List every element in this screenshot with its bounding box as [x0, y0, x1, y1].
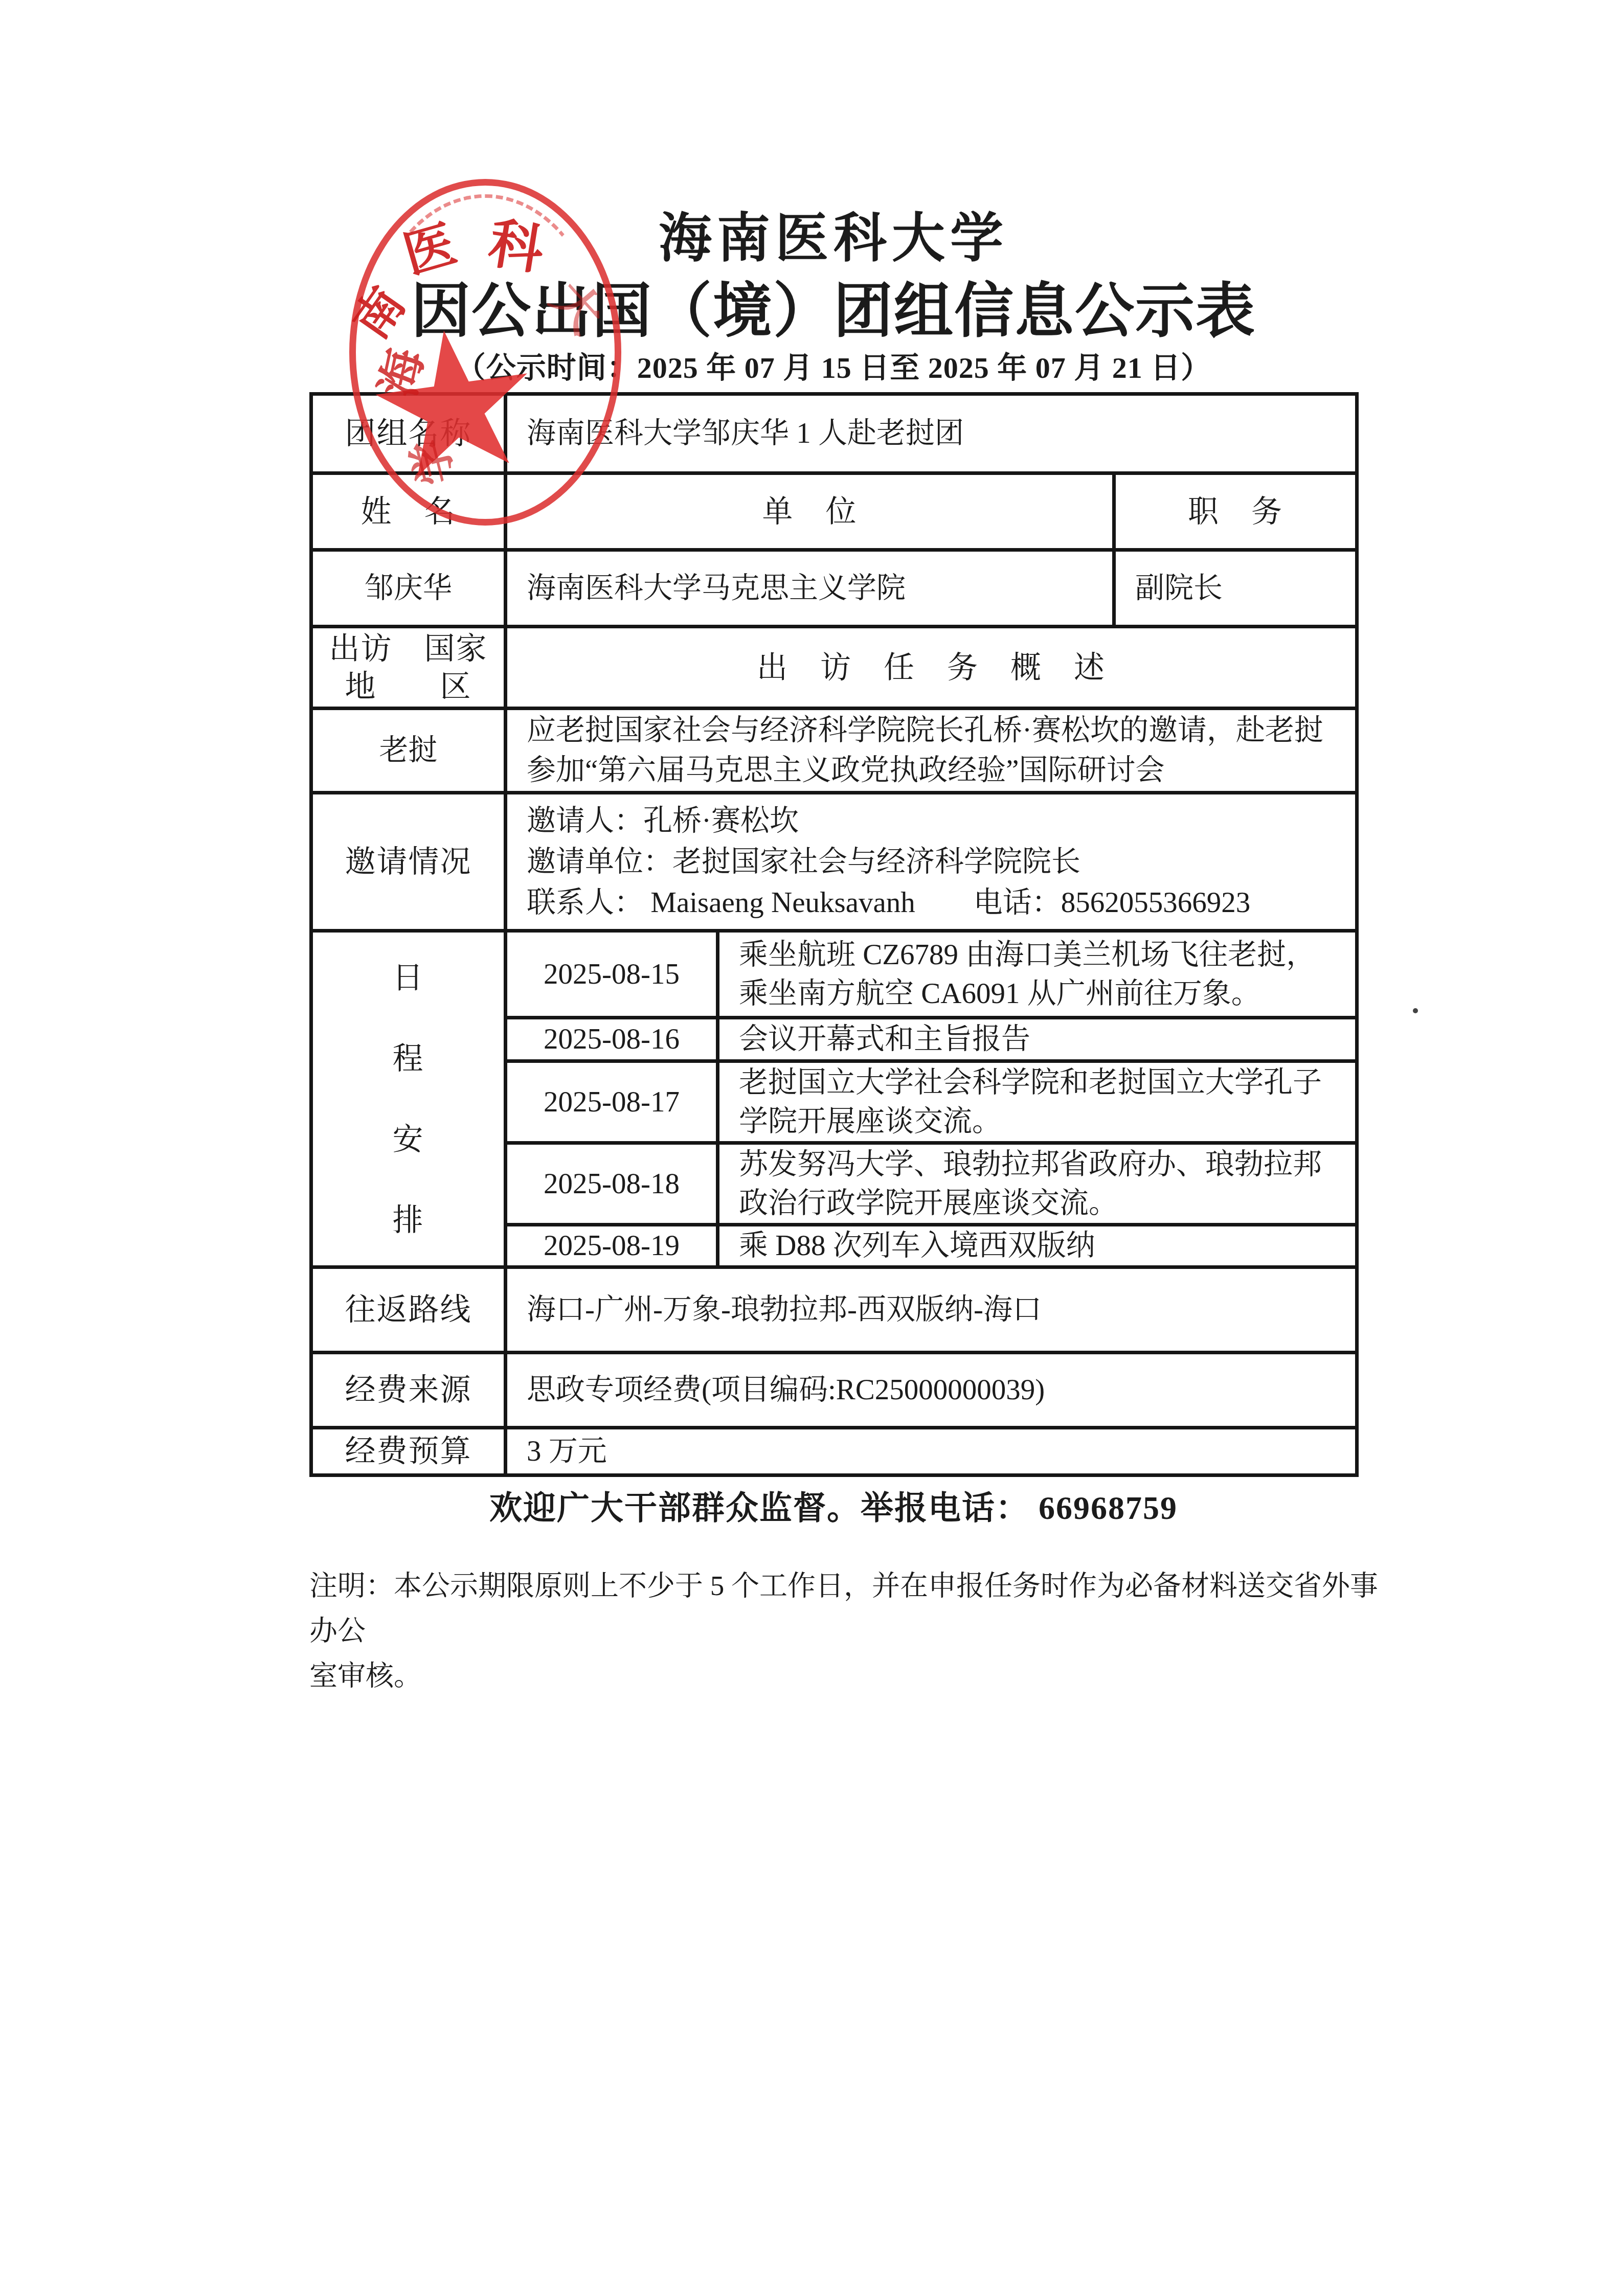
destination-label: 出访 国家 地 区: [313, 628, 504, 707]
member-unit: 海南医科大学马克思主义学院: [507, 552, 1112, 625]
invitation-details: 邀请人：孔桥·赛松坎 邀请单位：老挝国家社会与经济科学院院长 联系人： Mais…: [507, 794, 1355, 929]
budget-label: 经费预算: [313, 1429, 504, 1473]
budget-value: 3 万元: [507, 1429, 1355, 1473]
invite-person: 邀请人：孔桥·赛松坎: [527, 801, 1250, 842]
schedule-desc: 苏发努冯大学、琅勃拉邦省政府办、琅勃拉邦政治行政学院开展座谈交流。: [719, 1145, 1355, 1223]
schedule-desc: 会议开幕式和主旨报告: [719, 1019, 1355, 1059]
route-value: 海口-广州-万象-琅勃拉邦-西双版纳-海口: [507, 1269, 1355, 1351]
note-block: 注明：本公示期限原则上不少于 5 个工作日，并在申报任务时作为必备材料送交省外事…: [309, 1563, 1388, 1698]
task-header: 出 访 任 务 概 述: [507, 628, 1355, 707]
task-value: 应老挝国家社会与经济科学院院长孔桥·赛松坎的邀请，赴老挝参加“第六届马克思主义政…: [507, 710, 1355, 791]
page-subtitle: 因公出国（境）团组信息公示表: [286, 263, 1381, 349]
group-name-value: 海南医科大学邹庆华 1 人赴老挝团: [507, 396, 1355, 471]
note-line: 注明：本公示期限原则上不少于 5 个工作日，并在申报任务时作为必备材料送交省外事…: [309, 1563, 1388, 1653]
schedule-date: 2025-08-19: [507, 1226, 716, 1265]
schedule-date: 2025-08-15: [507, 933, 716, 1016]
header-name: 姓 名: [313, 475, 504, 548]
route-label: 往返路线: [313, 1269, 504, 1351]
invitation-label: 邀请情况: [313, 794, 504, 929]
schedule-desc: 乘 D88 次列车入境西双版纳: [719, 1226, 1355, 1265]
destination-value: 老挝: [313, 710, 504, 791]
member-name: 邹庆华: [313, 552, 504, 625]
ink-dot: [1413, 1008, 1418, 1013]
publicity-period: （公示时间：2025 年 07 月 15 日至 2025 年 07 月 21 日…: [286, 344, 1381, 387]
invite-org: 邀请单位：老挝国家社会与经济科学院院长: [527, 842, 1250, 882]
schedule-desc: 乘坐航班 CZ6789 由海口美兰机场飞往老挝，乘坐南方航空 CA6091 从广…: [719, 933, 1355, 1016]
schedule-date: 2025-08-16: [507, 1019, 716, 1059]
schedule-date: 2025-08-18: [507, 1145, 716, 1223]
group-name-label: 团组名称: [313, 396, 504, 471]
schedule-label: 日 程 安 排: [313, 933, 504, 1265]
supervision-line: 欢迎广大干部群众监督。举报电话： 66968759: [286, 1482, 1381, 1529]
fund-source-value: 思政专项经费(项目编码:RC25000000039): [507, 1354, 1355, 1426]
fund-source-label: 经费来源: [313, 1354, 504, 1426]
document-page: 海南医科大学 因公出国（境）团组信息公示表 （公示时间：2025 年 07 月 …: [0, 0, 1622, 2296]
header-duty: 职 务: [1116, 475, 1355, 548]
invite-contact: 联系人： Maisaeng Neuksavanh 电话：856205536692…: [527, 882, 1250, 923]
schedule-desc: 老挝国立大学社会科学院和老挝国立大学孔子学院开展座谈交流。: [719, 1063, 1355, 1141]
page-title: 海南医科大学: [286, 195, 1381, 272]
schedule-date: 2025-08-17: [507, 1063, 716, 1141]
header-unit: 单 位: [507, 475, 1112, 548]
member-duty: 副院长: [1116, 552, 1355, 625]
note-line: 室审核。: [309, 1653, 1388, 1698]
